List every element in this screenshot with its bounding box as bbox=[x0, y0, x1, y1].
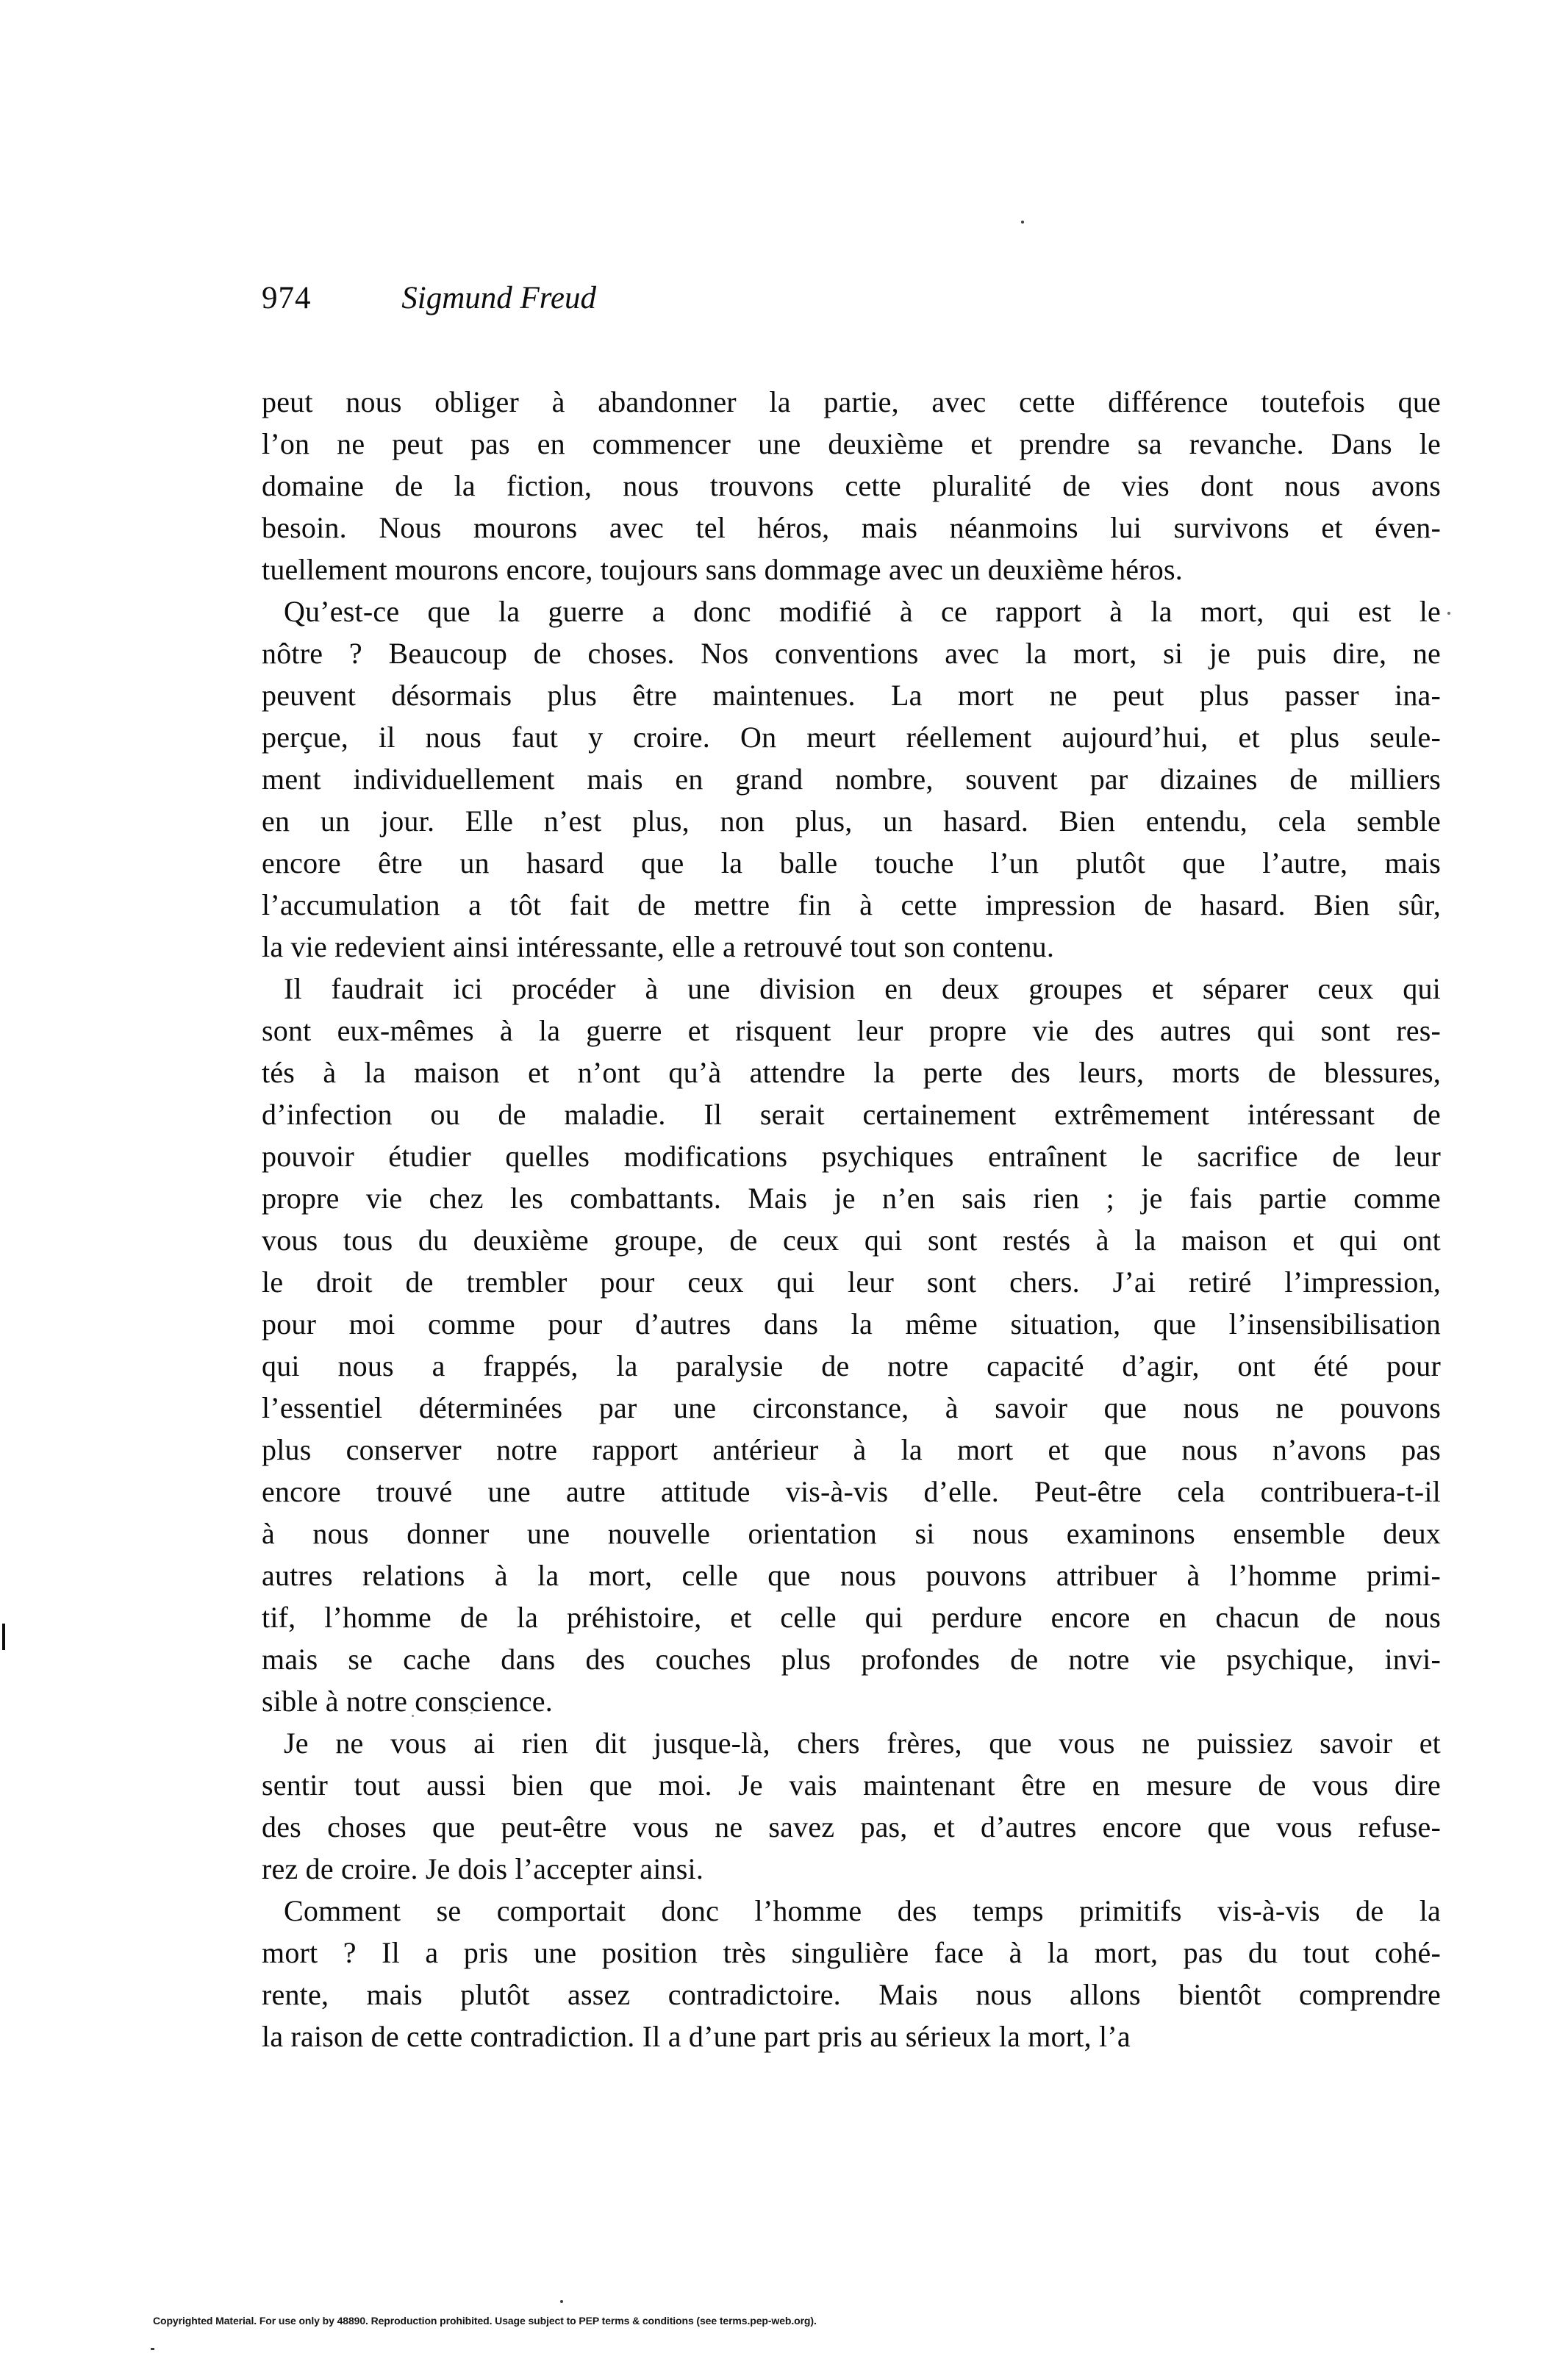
paragraph: Qu’est-ce que la guerre a donc modifié à… bbox=[262, 590, 1441, 968]
paragraph: Je ne vous ai rien dit jusque-là, chers … bbox=[262, 1722, 1441, 1890]
text-line: pouvoir étudier quelles modifications ps… bbox=[262, 1135, 1441, 1177]
text-line: la vie redevient ainsi intéressante, ell… bbox=[262, 926, 1441, 968]
text-line: nôtre ? Beaucoup de choses. Nos conventi… bbox=[262, 632, 1441, 674]
text-line: sible à notre conscience. bbox=[262, 1680, 1441, 1722]
text-line: encore être un hasard que la balle touch… bbox=[262, 842, 1441, 884]
text-line: plus conserver notre rapport antérieur à… bbox=[262, 1429, 1441, 1471]
text-line: encore trouvé une autre attitude vis-à-v… bbox=[262, 1471, 1441, 1513]
text-line: Qu’est-ce que la guerre a donc modifié à… bbox=[262, 590, 1441, 632]
scan-artifact-margin-bar bbox=[2, 1624, 5, 1650]
page-header: 974 Sigmund Freud bbox=[262, 281, 1441, 316]
text-line: Je ne vous ai rien dit jusque-là, chers … bbox=[262, 1722, 1441, 1764]
text-line: l’essentiel déterminées par une circonst… bbox=[262, 1387, 1441, 1429]
text-line: sentir tout aussi bien que moi. Je vais … bbox=[262, 1764, 1441, 1806]
text-line: tés à la maison et n’ont qu’à attendre l… bbox=[262, 1051, 1441, 1093]
book-page: 974 Sigmund Freud peut nous obliger à ab… bbox=[0, 0, 1568, 2353]
text-line: l’accumulation a tôt fait de mettre fin … bbox=[262, 884, 1441, 926]
text-line: à nous donner une nouvelle orientation s… bbox=[262, 1513, 1441, 1554]
text-line: domaine de la fiction, nous trouvons cet… bbox=[262, 465, 1441, 507]
running-title: Sigmund Freud bbox=[401, 281, 596, 316]
text-line: propre vie chez les combattants. Mais je… bbox=[262, 1177, 1441, 1219]
scan-artifact-dot bbox=[1021, 221, 1024, 224]
text-line: Comment se comportait donc l’homme des t… bbox=[262, 1890, 1441, 1932]
text-line: d’infection ou de maladie. Il serait cer… bbox=[262, 1093, 1441, 1135]
text-line: sont eux-mêmes à la guerre et risquent l… bbox=[262, 1010, 1441, 1051]
scan-artifact-dot bbox=[1447, 612, 1450, 615]
scan-artifact-dot bbox=[470, 1712, 473, 1714]
text-line: pour moi comme pour d’autres dans la mêm… bbox=[262, 1303, 1441, 1345]
text-line: le droit de trembler pour ceux qui leur … bbox=[262, 1261, 1441, 1303]
body-text: peut nous obliger à abandonner la partie… bbox=[262, 381, 1441, 2057]
text-line: mais se cache dans des couches plus prof… bbox=[262, 1638, 1441, 1680]
text-line: rez de croire. Je dois l’accepter ainsi. bbox=[262, 1848, 1441, 1890]
page-number: 974 bbox=[262, 281, 312, 316]
text-line: besoin. Nous mourons avec tel héros, mai… bbox=[262, 507, 1441, 549]
text-line: rente, mais plutôt assez contradictoire.… bbox=[262, 1974, 1441, 2015]
text-line: la raison de cette contradiction. Il a d… bbox=[262, 2015, 1441, 2057]
text-line: peut nous obliger à abandonner la partie… bbox=[262, 381, 1441, 423]
text-line: perçue, il nous faut y croire. On meurt … bbox=[262, 716, 1441, 758]
paragraph: Il faudrait ici procéder à une division … bbox=[262, 968, 1441, 1722]
scan-artifact-dot bbox=[412, 1715, 414, 1717]
scan-artifact-dot bbox=[560, 2300, 563, 2303]
text-line: autres relations à la mort, celle que no… bbox=[262, 1554, 1441, 1596]
text-line: en un jour. Elle n’est plus, non plus, u… bbox=[262, 800, 1441, 842]
text-line: qui nous a frappés, la paralysie de notr… bbox=[262, 1345, 1441, 1387]
text-line: vous tous du deuxième groupe, de ceux qu… bbox=[262, 1219, 1441, 1261]
copyright-notice: Copyrighted Material. For use only by 48… bbox=[153, 2315, 817, 2327]
scan-artifact-dot bbox=[151, 2348, 154, 2350]
paragraph: peut nous obliger à abandonner la partie… bbox=[262, 381, 1441, 590]
text-line: tuellement mourons encore, toujours sans… bbox=[262, 549, 1441, 590]
paragraph: Comment se comportait donc l’homme des t… bbox=[262, 1890, 1441, 2057]
text-line: Il faudrait ici procéder à une division … bbox=[262, 968, 1441, 1010]
text-line: des choses que peut-être vous ne savez p… bbox=[262, 1806, 1441, 1848]
text-line: ment individuellement mais en grand nomb… bbox=[262, 758, 1441, 800]
text-line: tif, l’homme de la préhistoire, et celle… bbox=[262, 1596, 1441, 1638]
text-line: peuvent désormais plus être maintenues. … bbox=[262, 674, 1441, 716]
text-line: mort ? Il a pris une position très singu… bbox=[262, 1932, 1441, 1974]
text-line: l’on ne peut pas en commencer une deuxiè… bbox=[262, 423, 1441, 465]
